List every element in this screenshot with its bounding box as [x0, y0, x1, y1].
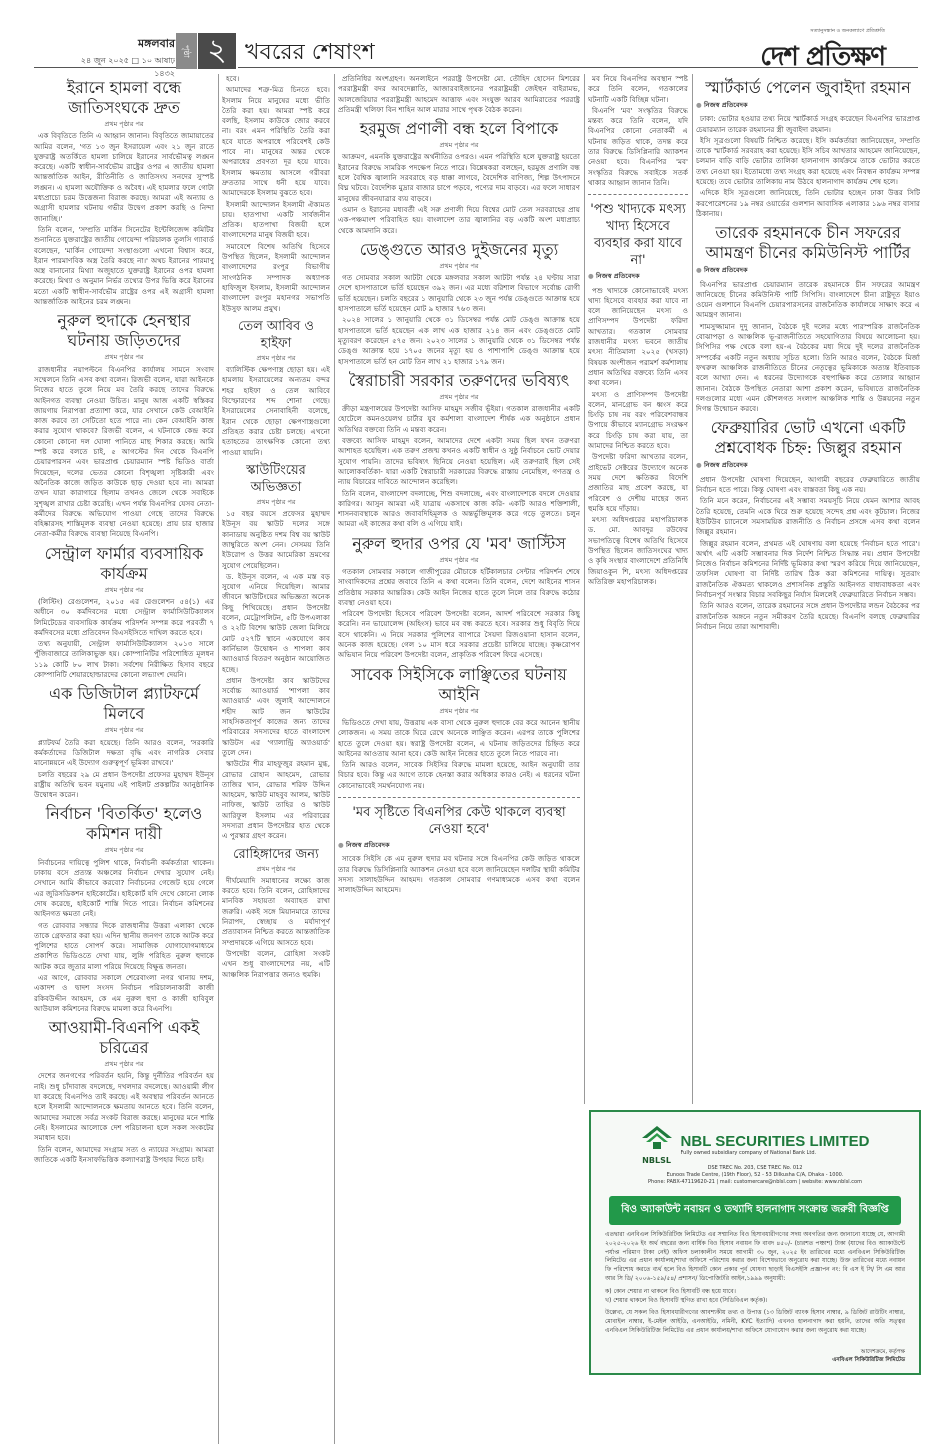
house-roof-icon: [641, 1124, 673, 1152]
ad-tagline: Fully owned subsidiary company of Nation…: [681, 1150, 870, 1157]
article-former-cec: সাবেক সিইসিকে লাঞ্ছিতের ঘটনায় আইনি প্রথ…: [338, 665, 580, 791]
paragraph: আক্রমণ, এমনকি যুক্তরাষ্ট্রের অর্থনীতির ও…: [338, 152, 580, 203]
headline[interactable]: 'পশু খাদ্যকে মৎস্য খাদ্য হিসেবে ব্যবহার …: [588, 201, 688, 269]
paragraph: উপদেষ্টা বলেন, রোহিঙ্গা সংকট এখন শুধু বা…: [222, 949, 330, 980]
paragraph: সমাবেশে বিশেষ অতিথি হিসেবে উপস্থিত ছিলেন…: [222, 242, 330, 314]
headline[interactable]: হরমুজ প্রণালী বন্ধ হলে বিপাকে: [338, 119, 580, 139]
headline[interactable]: নুরুল হুদার ওপর যে 'মব' জাস্টিস: [338, 534, 580, 554]
article-awami-bnp: আওয়ামী-বিএনপি একই চরিত্রের প্রথম পৃষ্ঠা…: [34, 1018, 214, 1165]
column-divider: [334, 74, 335, 1444]
paragraph: গতকাল সোমবার সকালে গাজীপুরের মৌচাকে হর্ট…: [338, 567, 580, 608]
headline[interactable]: ফেব্রুয়ারির ভোট এখনো একটি প্রশ্নবোধক চি…: [696, 418, 920, 458]
continuation-label: প্রথম পৃষ্ঠার পর: [222, 497, 330, 507]
article-digital-platform: এক ডিজিটাল প্ল্যাটফর্মে মিলবে প্রথম পৃষ্…: [34, 684, 214, 800]
headline[interactable]: 'মব সৃষ্টিতে বিএনপির কেউ থাকলে ব্যবস্থা …: [338, 804, 580, 838]
byline: নিজস্ব প্রতিবেদক: [338, 840, 580, 850]
paragraph: জিল্লুর রহমান বলেন, প্রথমত এই ঘোষণায় বল…: [696, 539, 920, 601]
headline[interactable]: সাবেক সিইসিকে লাঞ্ছিতের ঘটনায় আইনি: [338, 665, 580, 705]
paragraph: মৎস্য ও প্রাণিসম্পদ উপদেষ্টা বলেন, মানগ্…: [588, 390, 688, 452]
paragraph: ওমান ও ইরানের মধ্যবর্তী এই সরু প্রণালী দ…: [338, 205, 580, 236]
article-bnp-mob: 'মব সৃষ্টিতে বিএনপির কেউ থাকলে ব্যবস্থা …: [338, 804, 580, 895]
article-fish-food: 'পশু খাদ্যকে মৎস্য খাদ্য হিসেবে ব্যবহার …: [588, 201, 688, 587]
paragraph: ২০২৪ সালের ১ জানুয়ারি থেকে ৩১ ডিসেম্বর …: [338, 315, 580, 366]
continuation-label: প্রথম পৃষ্ঠার পর: [34, 585, 214, 595]
headline[interactable]: স্বৈরাচারী সরকার তরুণদের ভবিষ্যৎ: [338, 371, 580, 391]
column-5: স্মার্টকার্ড পেলেন জুবাইদা রহমান নিজস্ব …: [696, 74, 920, 1104]
paragraph: প্রধান উপদেষ্টা ঘোষণা দিয়েছেন, আগামী বছ…: [696, 475, 920, 496]
article-dengue: ডেঙ্গুতে আরও দুইজনের মৃত্যু প্রথম পৃষ্ঠা…: [338, 240, 580, 367]
article-hormuz: প্রতিনিধির অংশগ্রহণ। অনলাইনে পররাষ্ট্র উ…: [338, 74, 580, 236]
paragraph: দেশের জনগণের পরিবর্তন হয়নি, কিন্তু দুর্…: [34, 1071, 214, 1143]
paragraph: প্রতিনিধির অংশগ্রহণ। অনলাইনে পররাষ্ট্র উ…: [338, 74, 580, 115]
headline[interactable]: রোহিঙ্গাদের জন্য: [222, 846, 330, 863]
paragraph: তথ্য অনুযায়ী, সেন্ট্রাল ফার্মাসিউটিক্যা…: [34, 639, 214, 680]
article-election-commission: নির্বাচন 'বিতর্কিত' হলেও কমিশন দায়ী প্র…: [34, 804, 214, 1014]
page-label: পৃষ্ঠা: [176, 33, 197, 69]
paragraph: এর আগে, রোববার সকালে শেরেবাংলা নগর থানায…: [34, 973, 214, 1014]
paragraph: এদিকে ইসি সূত্রগুলো জানিয়েছে, তিনি ভোটা…: [696, 188, 920, 219]
paragraph: প্রধান উপদেষ্টা কাব স্কাউটদের সর্বোচ্চ অ…: [222, 676, 330, 758]
paragraph: আমাদের শত্রু-মিত্র চিনতে হবে। ইসলাম নিয়…: [222, 85, 330, 198]
paragraph: তিনি মনে করেন, নির্বাচনের এই সম্ভাব্য সম…: [696, 496, 920, 537]
paragraph: স্কাউটের শীর মাহফুজুর রহমান মুগ্ধ, রোভার…: [222, 759, 330, 841]
headline[interactable]: তারেক রহমানকে চীন সফরের আমন্ত্রণ চীনের ক…: [696, 223, 920, 263]
article-zubaida-smartcard: স্মার্টকার্ড পেলেন জুবাইদা রহমান নিজস্ব …: [696, 78, 920, 219]
paragraph: (লিস্টিং) রেগুলেশন, ২০১৫ এর রেগুলেশন ৫৪(…: [34, 597, 214, 638]
ad-company-name: NBL SECURITIES LIMITED: [681, 1133, 870, 1150]
divider: [34, 67, 176, 68]
column-divider: [218, 74, 219, 1444]
column-2: হবে। আমাদের শত্রু-মিত্র চিনতে হবে। ইসলাম…: [222, 74, 330, 1444]
continuation-label: প্রথম পৃষ্ঠার পর: [34, 1059, 214, 1069]
continuation-label: প্রথম পৃষ্ঠার পর: [34, 352, 214, 362]
paragraph: উপদেষ্টা ফরিদা আখতার বলেন, প্রাইভেট সেক্…: [588, 452, 688, 514]
article-iran: ইরানে হামলা বন্ধে জাতিসংঘকে দ্রুত প্রথম …: [34, 78, 214, 307]
paragraph: বক্তব্যে আসিফ মাহমুদ বলেন, আমাদের দেশে এ…: [338, 436, 580, 487]
column-4: মব নিয়ে বিএনপির অবস্থান স্পষ্ট করে তিনি…: [588, 74, 688, 1104]
continuation-label: প্রথম পৃষ্ঠার পর: [338, 261, 580, 271]
paragraph: তিনি আরও বলেন, সাবেক সিইসির বিরুদ্ধে মাম…: [338, 760, 580, 791]
nbl-securities-advertisement[interactable]: NBLSL NBL SECURITIES LIMITED Fully owned…: [589, 1110, 921, 1375]
column-divider: [692, 74, 693, 1104]
ad-logo-row: NBLSL NBL SECURITIES LIMITED Fully owned…: [605, 1124, 905, 1165]
continuation-label: প্রথম পৃষ্ঠার পর: [222, 353, 330, 363]
divider: [588, 194, 688, 195]
masthead: মঙ্গলবার ২৪ জুন ২০২৫ □ ১০ আষাঢ় ১৪৩২ পৃষ…: [0, 0, 945, 62]
article-china-invitation: তারেক রহমানকে চীন সফরের আমন্ত্রণ চীনের ক…: [696, 223, 920, 414]
ad-notice-banner: বিও অ্যাকাউন্ট নবায়ন ও তথ্যাদি হালনাগাদ…: [609, 1196, 901, 1225]
paragraph: শামসুজ্জামান দুদু জানান, বৈঠকে দুই দলের …: [696, 322, 920, 415]
continuation-label: প্রথম পৃষ্ঠার পর: [338, 706, 580, 716]
continuation-label: প্রথম পৃষ্ঠার পর: [338, 140, 580, 150]
byline: নিজস্ব প্রতিবেদক: [588, 271, 688, 281]
article-bnp-mob-continued: মব নিয়ে বিএনপির অবস্থান স্পষ্ট করে তিনি…: [588, 74, 688, 188]
paragraph: সাবেক সিইসি কে এম নুরুল হুদার মব ঘটনার স…: [338, 854, 580, 895]
paragraph: ড. ইউনূস বলেন, এ এক মস্ত বড় সুযোগ এনিয়…: [222, 572, 330, 675]
logo-tagline: সত্যানুসন্ধান ও জনকল্যাণে প্রতিশ্রুতি: [760, 28, 885, 36]
article-nurul-huda-harassment: নুরুল হুদাকে হেনস্থার ঘটনায় জড়িতদের প্…: [34, 311, 214, 539]
byline: নিজস্ব প্রতিবেদক: [696, 100, 920, 110]
paragraph: ইসি সূত্রগুলো বিষয়টি নিশ্চিত করেছে। ইসি…: [696, 136, 920, 187]
ad-signature-company: এনবিএল সিকিউরিটিজ লিমিটেড: [605, 1356, 905, 1364]
paragraph: তিনি আরও বলেন, তারেক রহমানের সঙ্গে প্রধা…: [696, 601, 920, 632]
article-rohingya: রোহিঙ্গাদের জন্য প্রথম পৃষ্ঠার পর দীর্ঘম…: [222, 846, 330, 980]
headline[interactable]: নির্বাচন 'বিতর্কিত' হলেও কমিশন দায়ী: [34, 804, 214, 844]
ad-item: খ) শেয়ার থাকলে বিও হিসাবটি স্থগিত রাখা …: [605, 1297, 905, 1306]
paragraph: পরিবেশ উপদেষ্টা হিসেবে পরিবেশ উপদেষ্টা ব…: [338, 609, 580, 660]
byline: নিজস্ব প্রতিবেদক: [696, 460, 920, 470]
page-number: ২: [198, 33, 236, 69]
article-tel-aviv: তেল আবিব ও হাইফা প্রথম পৃষ্ঠার পর ব্যালি…: [222, 318, 330, 458]
paragraph: ইসলামী আন্দোলন ইসলামী ঐক্যমত চায়। হাতপা…: [222, 200, 330, 241]
headline[interactable]: এক ডিজিটাল প্ল্যাটফর্মে মিলবে: [34, 684, 214, 724]
headline[interactable]: ডেঙ্গুতে আরও দুইজনের মৃত্যু: [338, 240, 580, 260]
headline[interactable]: নুরুল হুদাকে হেনস্থার ঘটনায় জড়িতদের: [34, 311, 214, 351]
column-1: ইরানে হামলা বন্ধে জাতিসংঘকে দ্রুত প্রথম …: [34, 74, 214, 1444]
paragraph: এক বিবৃতিতে তিনি এ আহ্বান জানান। বিবৃতিত…: [34, 131, 214, 224]
ad-note: উল্লেখ্য, যে সকল বিও হিসাবধারীগণের আবশ্য…: [605, 1309, 905, 1335]
paragraph: ক্রীড়া মন্ত্রণালয়ের উপদেষ্টা আসিফ মাহম…: [338, 404, 580, 435]
paragraph: ১৫ বছর বয়সে প্রফেসর মুহাম্মদ ইউনূস বয় …: [222, 509, 330, 571]
continuation-label: প্রথম পৃষ্ঠার পর: [338, 392, 580, 402]
article-islamic-movement: হবে। আমাদের শত্রু-মিত্র চিনতে হবে। ইসলাম…: [222, 74, 330, 314]
paragraph: তিনি বলেন, বাংলাদেশ বদলাচ্ছে, শিশু বদলাচ…: [338, 489, 580, 530]
paragraph: মৎস্য অধিদপ্তরের মহাপরিচালক ড. মো. আবদুর…: [588, 515, 688, 587]
paragraph: হবে।: [222, 74, 330, 84]
article-zillur-rahman: ফেব্রুয়ারির ভোট এখনো একটি প্রশ্নবোধক চি…: [696, 418, 920, 632]
divider: [238, 67, 918, 68]
paragraph: চলতি বছরের ২৯ মে প্রধান উপদেষ্টা প্রফেসর…: [34, 770, 214, 801]
paragraph: ব্যালিস্টিক ক্ষেপণাস্ত্র ছোড়া হয়। এই হ…: [222, 365, 330, 458]
headline[interactable]: ইরানে হামলা বন্ধে জাতিসংঘকে দ্রুত: [34, 78, 214, 118]
headline[interactable]: আওয়ামী-বিএনপি একই চরিত্রের: [34, 1018, 214, 1058]
headline[interactable]: স্কাউটিংয়ের অভিজ্ঞতা: [222, 462, 330, 496]
weekday: মঙ্গলবার: [70, 35, 175, 54]
ad-contact[interactable]: Phone: PABX-47119620-21 | mail: customer…: [605, 1179, 905, 1186]
paragraph: দীর্ঘমেয়াদি সমাধানের লক্ষ্যে কাজ করতে হ…: [222, 876, 330, 948]
column-3: প্রতিনিধির অংশগ্রহণ। অনলাইনে পররাষ্ট্র উ…: [338, 74, 580, 1444]
ad-address: Eunoos Trade Centre, (19th Floor), 52 - …: [605, 1172, 905, 1179]
ad-short-name: NBLSL: [641, 1156, 673, 1165]
paragraph: পশু খাদ্যকে কোনোভাবেই মৎস্য খাদ্য হিসেবে…: [588, 286, 688, 389]
nblsl-logo: NBLSL: [641, 1124, 673, 1165]
continuation-label: প্রথম পৃষ্ঠার পর: [222, 864, 330, 874]
article-central-pharma: সেন্ট্রাল ফার্মার ব্যবসায়িক কার্যক্রম প…: [34, 544, 214, 681]
ad-signature-line: আদেশক্রমে, কর্তৃপক্ষ: [605, 1348, 905, 1356]
paragraph: গত রোববার সন্ধ্যার দিকে রাজধানীর উত্তরা …: [34, 921, 214, 972]
paragraph: তিনি বলেন, আমাদের সংগ্রাম সত্য ও ন্যায়ে…: [34, 1145, 214, 1166]
headline[interactable]: সেন্ট্রাল ফার্মার ব্যবসায়িক কার্যক্রম: [34, 544, 214, 584]
newspaper-logo: সত্যানুসন্ধান ও জনকল্যাণে প্রতিশ্রুতি দে…: [760, 28, 885, 80]
headline[interactable]: স্মার্টকার্ড পেলেন জুবাইদা রহমান: [696, 78, 920, 98]
paragraph: মব নিয়ে বিএনপির অবস্থান স্পষ্ট করে তিনি…: [588, 74, 688, 105]
paragraph: বিএনপি 'মব' সংস্কৃতির বিরুদ্ধে মন্তব্য ক…: [588, 106, 688, 188]
divider: [338, 797, 580, 798]
paragraph: রাজধানীর নয়াপল্টনে বিএনপির কার্যালয় সা…: [34, 365, 214, 540]
paragraph: প্ল্যাটফর্ম তৈরি করা হয়েছে। তিনি আরও বল…: [34, 738, 214, 769]
continuation-label: প্রথম পৃষ্ঠার পর: [34, 725, 214, 735]
ad-signature: আদেশক্রমে, কর্তৃপক্ষ এনবিএল সিকিউরিটিজ ল…: [605, 1348, 905, 1364]
paragraph: ঢাকা: ভোটার হওয়ার তথ্য নিয়ে স্মার্টকার…: [696, 114, 920, 135]
paragraph: গত সোমবার সকাল আটটা থেকে মঙ্গলবার সকাল আ…: [338, 273, 580, 314]
paragraph: তিনি বলেন, 'সম্প্রতি মার্কিন সিনেটের ইন্…: [34, 225, 214, 307]
byline: নিজস্ব প্রতিবেদক: [696, 265, 920, 275]
continuation-label: প্রথম পৃষ্ঠার পর: [34, 845, 214, 855]
column-divider: [584, 74, 585, 1104]
ad-item: ক) কোন শেয়ার না থাকলে বিও হিসাবটি বন্ধ …: [605, 1288, 905, 1297]
ad-trec: DSE TREC No. 203, CSE TREC No. 012: [605, 1165, 905, 1172]
paragraph: ভিডিওতে দেখা যায়, উত্তরায় এক বাসা থেকে…: [338, 718, 580, 759]
paragraph: নির্বাচনের দায়িত্বে পুলিশ থাকে, নির্বাচ…: [34, 858, 214, 920]
article-autocratic-govt: স্বৈরাচারী সরকার তরুণদের ভবিষ্যৎ প্রথম প…: [338, 371, 580, 530]
continuation-label: প্রথম পৃষ্ঠার পর: [338, 555, 580, 565]
paragraph: বিএনপির ভারপ্রাপ্ত চেয়ারম্যান তারেক রহম…: [696, 280, 920, 321]
continuation-label: প্রথম পৃষ্ঠার পর: [34, 119, 214, 129]
headline[interactable]: তেল আবিব ও হাইফা: [222, 318, 330, 352]
article-scouting: স্কাউটিংয়ের অভিজ্ঞতা প্রথম পৃষ্ঠার পর ১…: [222, 462, 330, 842]
ad-notice-body: এতদ্বারা এনবিএল সিকিউরিটিজ লিমিটেড এর সম…: [605, 1231, 905, 1284]
article-mob-justice: নুরুল হুদার ওপর যে 'মব' জাস্টিস প্রথম পৃ…: [338, 534, 580, 661]
